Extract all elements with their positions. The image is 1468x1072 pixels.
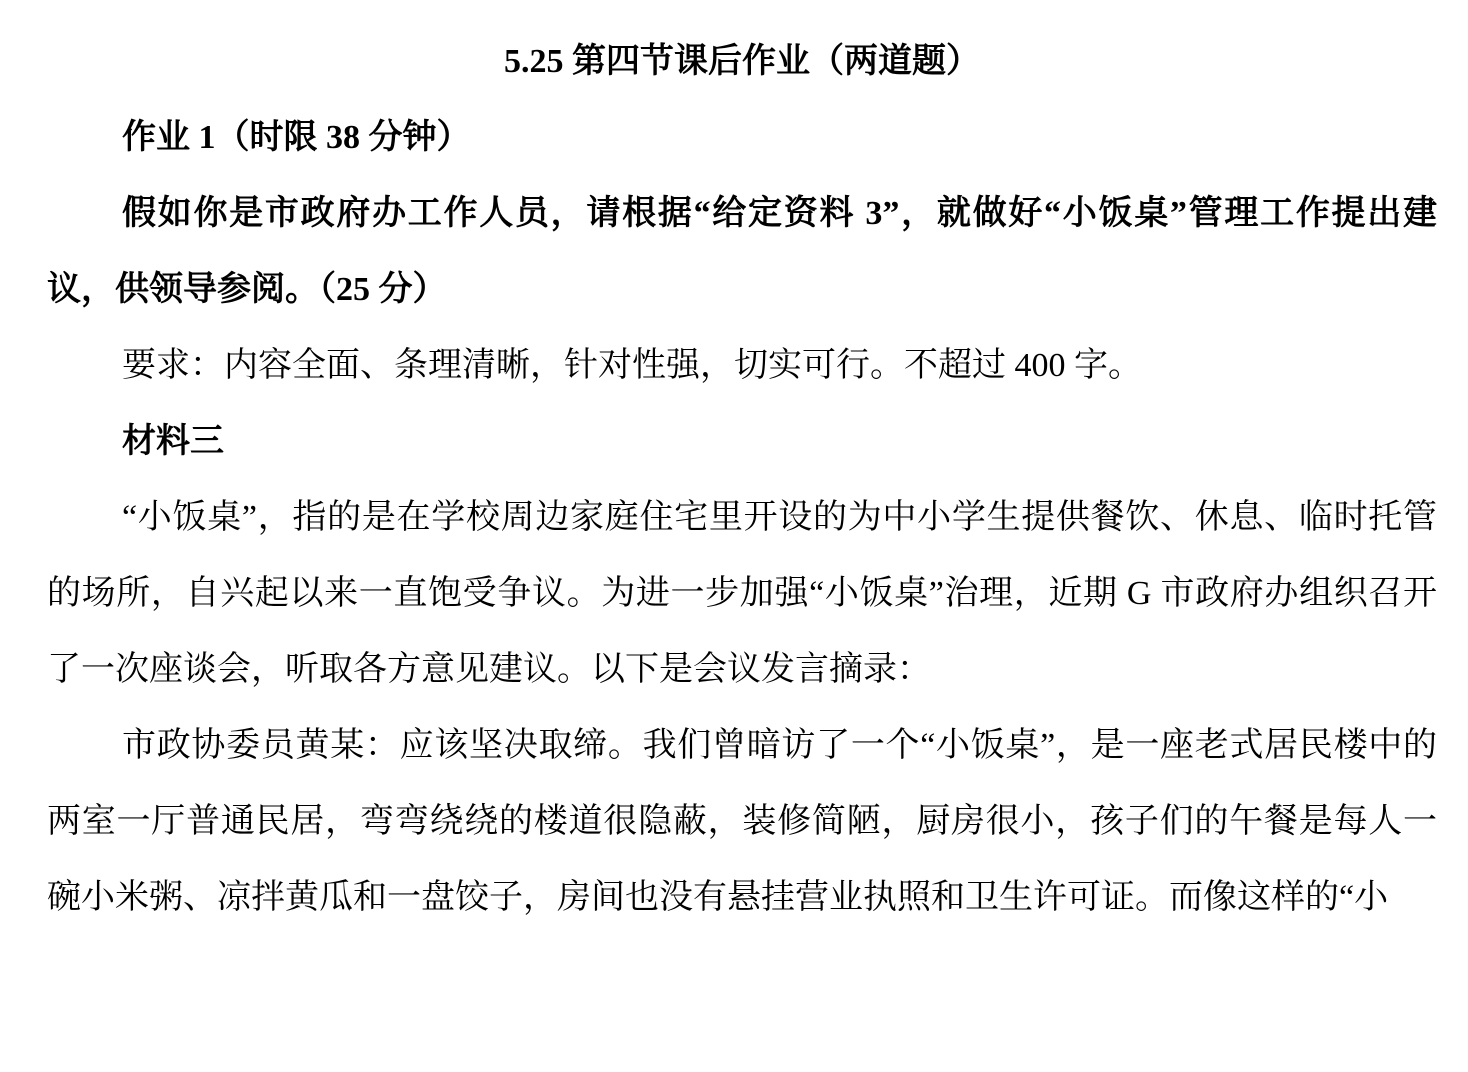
assignment-1-heading: 作业 1（时限 38 分钟）	[47, 100, 1437, 176]
assignment-1-requirements: 要求：内容全面、条理清晰，针对性强，切实可行。不超过 400 字。	[47, 328, 1437, 404]
assignment-1-task: 假如你是市政府办工作人员，请根据“给定资料 3”，就做好“小饭桌”管理工作提出建…	[47, 176, 1437, 328]
material-3-speaker-huang: 市政协委员黄某：应该坚决取缔。我们曾暗访了一个“小饭桌”，是一座老式居民楼中的两…	[47, 708, 1437, 936]
material-3-heading: 材料三	[47, 404, 1437, 480]
material-3-intro: “小饭桌”，指的是在学校周边家庭住宅里开设的为中小学生提供餐饮、休息、临时托管的…	[47, 480, 1437, 708]
document-title: 5.25 第四节课后作业（两道题）	[47, 24, 1437, 100]
document-page: 5.25 第四节课后作业（两道题） 作业 1（时限 38 分钟） 假如你是市政府…	[0, 0, 1468, 1072]
